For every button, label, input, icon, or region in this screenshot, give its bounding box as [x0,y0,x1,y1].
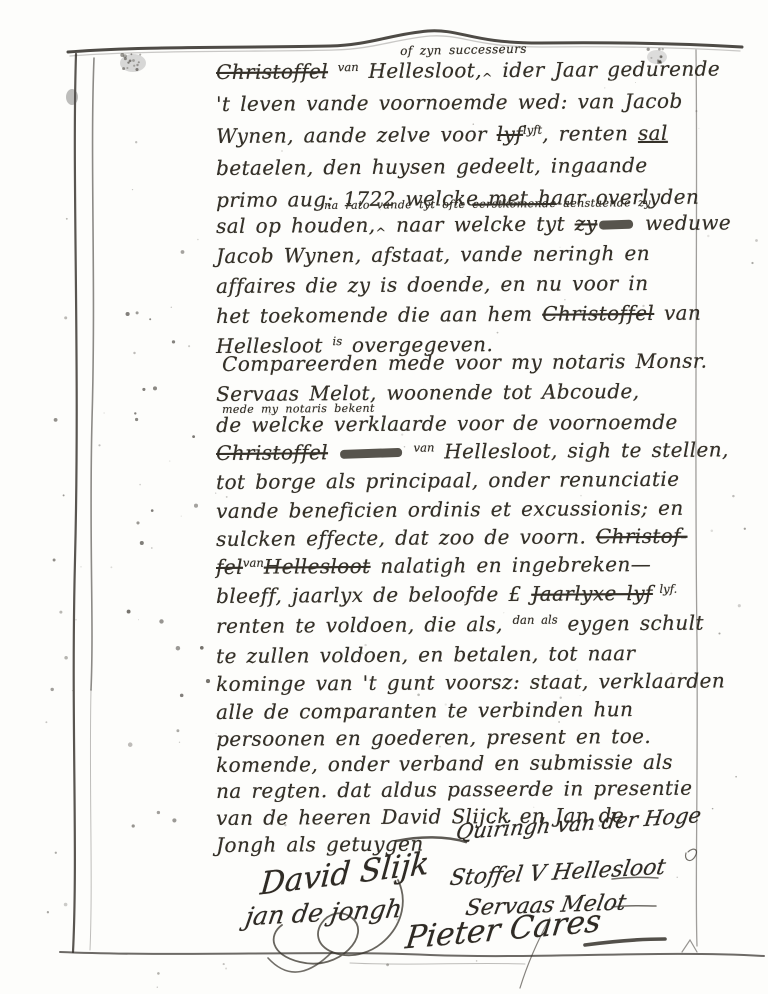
speckle [128,742,133,747]
insertion-caret: ^ [482,70,493,85]
interlinear-insertion: dan als [513,612,558,626]
speckle [497,332,499,334]
interlinear-insertion: is [332,334,342,348]
handwritten-text: Hellesloot, sigh te stellen, [434,437,728,463]
speckle [197,239,199,241]
handwritten-text: het toekomende die aan hem [216,302,542,328]
handwritten-text: 't leven vande voornoemde wed: van Jacob [216,89,683,116]
struck-out-text: eerstkomende [472,197,556,211]
handwritten-text: bleeff, jaarlyx de beloofde £ [216,582,531,608]
speckle [711,530,714,533]
speckle [744,528,746,530]
speckle [134,412,136,414]
interlinear-insertion: van [243,555,264,569]
speckle [127,610,131,614]
handwritten-text: te zullen voldoen, en betalen, tot naar [216,641,636,668]
speckle [281,150,282,151]
cares-dash [585,939,665,945]
struck-out-text: lyf [497,122,523,146]
underlined-text: sal [638,121,668,145]
speckle [54,418,58,422]
speckle [72,690,73,691]
speckle [132,824,135,827]
speckle [124,57,127,60]
struck-out-text: Christoffel [216,59,328,84]
page-border-left-inner [91,58,94,690]
speckle [157,811,160,814]
speckle [200,646,204,650]
manuscript-line-20: renten te voldoen, die als, dan als eyge… [216,611,704,638]
handwritten-text: nalatigh en ingebreken— [370,552,651,578]
speckle [45,721,47,723]
speckle [135,418,138,421]
speckle [64,903,68,907]
handwritten-text: Compareerden mede voor my notaris Monsr. [222,349,707,376]
signature-pieter-cares: Pieter Cares [404,903,604,957]
speckle [104,412,105,413]
manuscript-line-6: sal op houden,^ naar welcke tyt zy weduw… [216,210,731,238]
speckle [386,963,389,966]
manuscript-line-1: Christoffel van Hellesloot,^ ider Jaar g… [216,56,720,84]
struck-out-text: Christoffel [216,440,328,465]
manuscript-line-11: Compareerden mede voor my notaris Monsr. [222,349,707,376]
handwritten-text: Jacob Wynen, afstaat, vande neringh en [216,241,650,268]
speckle [53,559,56,562]
interlinear-insertion: lyft [523,123,542,137]
speckle [712,808,714,810]
speckle [132,189,133,190]
manuscript-line-15: tot borge als principaal, onder renuncia… [216,467,679,494]
speckle [172,340,175,343]
speckle [63,494,65,496]
speckle [136,311,139,314]
speckle [139,54,141,56]
manuscript-line-4: betaelen, den huysen gedeelt, ingaande [216,153,648,180]
smudge-left-edge [66,89,78,105]
handwritten-text: Wynen, aande zelve voor [216,122,497,148]
handwritten-text: eygen schult [558,611,704,636]
struck-out-text: Christof- [596,524,688,549]
interlinear-addition-na-rato: na rato vande tyt ofte eerstkomende aens… [324,196,651,212]
handwritten-text: kominge van 't gunt voorsz: staat, verkl… [216,668,725,696]
struck-out-text: zy [575,211,598,235]
speckle [47,911,49,913]
handwritten-text: na regten. dat aldus passeerde in presen… [216,776,692,803]
manuscript-line-7: Jacob Wynen, afstaat, vande neringh en [216,241,650,268]
interlinear-insertion: van [413,440,434,454]
page-border-left-outer [73,54,77,952]
manuscript-line-21: te zullen voldoen, en betalen, tot naar [216,641,636,668]
speckle [176,729,179,732]
speckle [476,960,478,962]
speckle [130,53,132,55]
manuscript-line-17: sulcken effecte, dat zoo de voorn. Chris… [216,524,688,551]
signature-stoffel-v-hellesloot: Stoffel V Hellesloot [448,855,667,892]
handwritten-text: persoonen en goederen, present en toe. [216,724,651,751]
speckle [120,53,124,57]
interlinear-insertion: van [338,60,359,74]
interlinear-addition-successeurs: of zyn successeurs [400,42,527,58]
handwritten-text: van [654,301,701,325]
struck-out-text: fel [216,555,243,579]
handwritten-text: weduwe [635,210,731,235]
speckle [181,250,185,254]
speckle [206,679,210,683]
scribbled-out-word [599,220,633,230]
speckle [126,67,128,69]
scanned-page: of zyn successeursChristoffel van Helles… [0,0,768,994]
speckle [138,61,140,63]
speckle [142,388,145,391]
speckle [732,495,734,497]
struck-out-text: Hellesloot [264,554,371,579]
speckle [98,444,100,446]
manuscript-line-8: affaires die zy is doende, en nu voor in [216,271,649,298]
handwritten-text: sal op houden, [216,213,376,238]
speckle [135,141,137,143]
speckle [194,504,198,508]
speckle [122,67,125,70]
manuscript-line-23: alle de comparanten te verbinden hun [216,697,633,724]
speckle [153,386,157,390]
speckle [110,566,112,568]
manuscript-line-2: 't leven vande voornoemde wed: van Jacob [216,89,683,116]
speckle [132,59,135,62]
handwritten-text: alle de comparanten te verbinden hun [216,697,633,724]
speckle [139,484,141,486]
speckle [180,694,184,698]
speckle [133,65,135,67]
handwritten-text: komende, onder verband en submissie als [216,750,673,777]
handwritten-text: naar welcke tyt [386,211,575,236]
speckle [133,352,135,354]
speckle [755,239,758,242]
speckle [658,48,661,51]
struck-out-text: Jaarlyxe lyf [531,581,653,606]
manuscript-line-13: de welcke verklaarde voor de voornoemde [216,410,678,437]
speckle [698,128,699,129]
speckle [181,516,182,517]
speckle [695,110,697,112]
speckle [751,262,753,264]
handwritten-text: vande beneficien ordinis et excussionis;… [216,496,684,523]
manuscript-line-14: Christoffel van Hellesloot, sigh te stel… [216,437,729,465]
speckle [80,566,82,568]
speckle [136,521,139,524]
speckle [564,299,565,300]
speckle [157,987,158,988]
speckle [64,316,67,319]
speckle [192,435,195,438]
speckle [718,632,720,634]
handwritten-text: de welcke verklaarde voor de voornoemde [216,410,678,437]
speckle [140,541,144,545]
handwritten-text: na rato vande tyt ofte [324,198,472,212]
speckle [735,776,737,778]
handwritten-text: ider Jaar gedurende [493,56,721,82]
handwritten-text: , renten [542,121,638,146]
manuscript-line-25: komende, onder verband en submissie als [216,750,673,777]
manuscript-line-24: persoonen en goederen, present en toe. [216,724,651,751]
handwritten-text: sulcken effecte, dat zoo de voorn. [216,524,596,551]
vanderhoge-tail [686,849,697,860]
speckle [149,318,151,320]
speckle [159,619,163,623]
speckle [127,61,129,63]
manuscript-line-9: het toekomende die aan hem Christoffel v… [216,301,701,328]
handwritten-text [328,440,338,464]
speckle [157,972,160,975]
handwritten-text: betaelen, den huysen gedeelt, ingaande [216,153,648,180]
manuscript-line-22: kominge van 't gunt voorsz: staat, verkl… [216,668,725,696]
speckle [135,68,138,71]
speckle [647,48,650,51]
page-border-left-inner-faint [90,690,91,950]
speckle [171,307,172,308]
speckle [64,656,68,660]
handwritten-text: Hellesloot, [359,58,482,83]
speckle [75,619,77,621]
speckle [138,619,139,620]
handwritten-text [328,59,338,83]
struck-out-text: Christoffel [542,301,654,326]
speckle [66,218,68,220]
speckle [677,877,678,878]
handwritten-text: renten te voldoen, die als, [216,612,513,638]
speckle [225,967,227,969]
manuscript-line-16: vande beneficien ordinis et excussionis;… [216,496,684,523]
speckle [50,688,53,691]
speckle [136,64,138,66]
speckle [707,235,709,237]
manuscript-line-26: na regten. dat aldus passeerde in presen… [216,776,692,803]
speckle [661,48,663,50]
interlinear-insertion: lyf. [653,582,678,596]
page-border-corner-peak [682,940,697,952]
speckle [169,460,170,461]
speckle [188,345,190,347]
speckle [635,82,636,83]
page-border-bottom-faint [350,963,525,964]
speckle [580,695,581,696]
manuscript-line-18: felvanHellesloot nalatigh en ingebreken— [216,552,651,579]
speckle [176,646,180,650]
speckle [223,963,225,965]
speckle [151,509,154,512]
speckle [226,496,228,498]
jongh-flourish-tail [268,952,332,972]
speckle [129,59,132,62]
handwritten-text: tot borge als principaal, onder renuncia… [216,467,679,494]
speckle [126,312,130,316]
insertion-caret: ^ [376,225,387,240]
handwritten-text: affaires die zy is doende, en nu voor in [216,271,649,298]
speckle [738,604,741,607]
manuscript-line-3: Wynen, aande zelve voor lyflyft, renten … [216,121,668,148]
scribbled-out-word [340,448,402,459]
speckle [123,54,127,58]
manuscript-line-19: bleeff, jaarlyx de beloofde £ Jaarlyxe l… [216,581,677,608]
speckle [55,852,57,854]
handwritten-text: aenstaende zy [556,196,651,210]
handwritten-text: of zyn successeurs [400,42,527,58]
speckle [59,611,62,614]
speckle [179,742,180,743]
speckle [151,547,153,549]
speckle [172,818,176,822]
smudge-top-left [120,54,146,72]
